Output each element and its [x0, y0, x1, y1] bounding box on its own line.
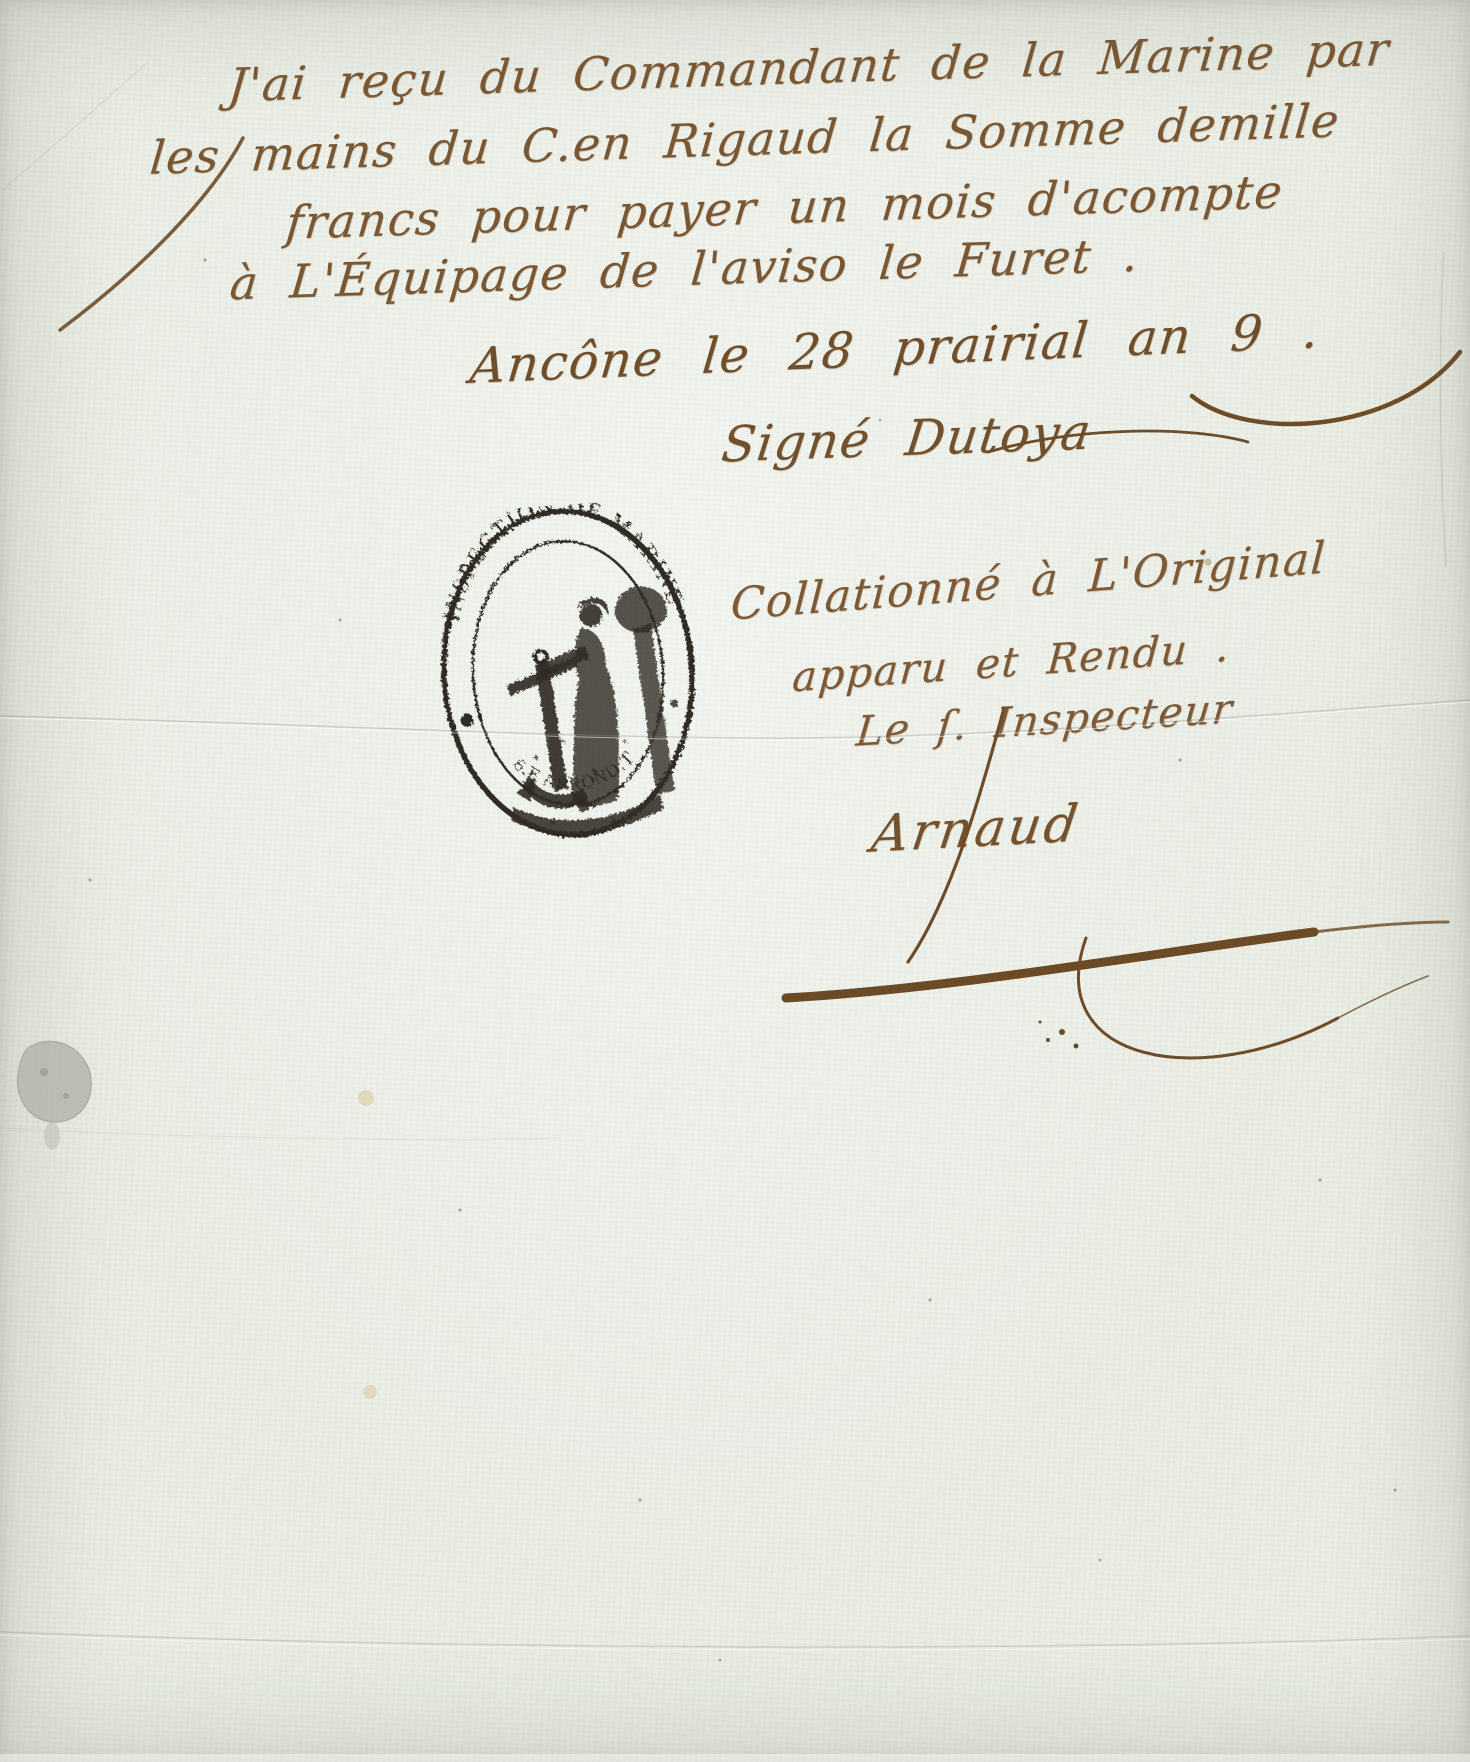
inspector-signature: Arnaud — [868, 794, 1084, 864]
certification-line-3: Le ſ. Inspecteur — [854, 684, 1236, 755]
paper-damage-mark — [17, 1041, 91, 1150]
manuscript-signed-line: Signé Dutoya — [719, 403, 1095, 473]
anchor-figure-icon — [497, 585, 683, 839]
inspection-de-marine-stamp: INSPECTION DE MARINE 6.E ARROND.T — [427, 496, 710, 849]
stamp-svg: INSPECTION DE MARINE 6.E ARROND.T — [427, 496, 710, 849]
stamp-left-dot — [460, 713, 474, 727]
paper-crease — [0, 62, 1470, 1650]
ink-splatter — [1039, 1021, 1079, 1049]
certification-line-1: Collationné à L'Original — [729, 532, 1327, 630]
manuscript-page: J'ai reçu du Commandant de la Marine par… — [0, 0, 1470, 1762]
scan-edge — [0, 1754, 1470, 1762]
manuscript-dateline: Ancône le 28 prairial an 9 . — [468, 302, 1323, 395]
stamp-right-dot — [670, 699, 679, 708]
